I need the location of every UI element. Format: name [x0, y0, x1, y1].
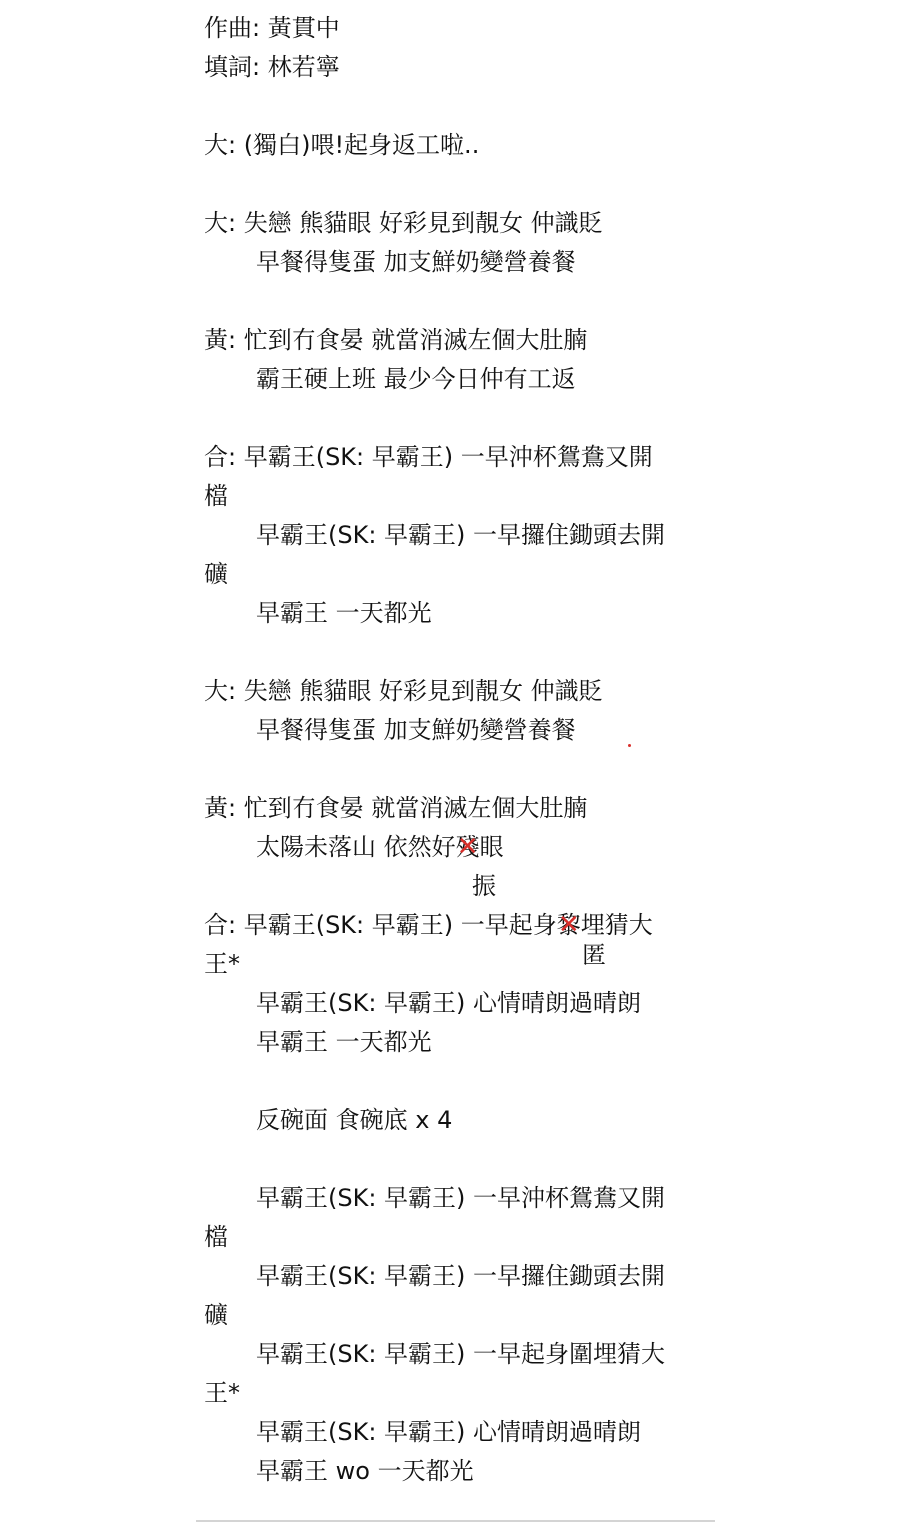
- verse4-line2-before: 太陽未落山 依然好: [256, 833, 456, 861]
- chorus1-line2: 早霸王(SK: 早霸王) 一早攞住鋤頭去開: [204, 516, 714, 555]
- chorus2-line2: 早霸王(SK: 早霸王) 心情晴朗過晴朗: [204, 984, 714, 1023]
- verse2-line2: 霸王硬上班 最少今日仲有工返: [204, 360, 714, 399]
- intro-monologue: 大: (獨白)喂!起身返工啦..: [204, 126, 714, 165]
- bridge-line: 反碗面 食碗底 x 4: [204, 1101, 714, 1140]
- correction-row: 振: [204, 867, 714, 906]
- struck-character: 殘✕: [456, 828, 480, 867]
- red-cross-icon: ✕: [557, 906, 581, 945]
- chorus3-line1: 早霸王(SK: 早霸王) 一早沖杯鴛鴦又開: [204, 1179, 714, 1218]
- handwritten-correction: 振: [472, 867, 496, 906]
- lyrics-document: 作曲: 黃貫中 填詞: 林若寧 大: (獨白)喂!起身返工啦.. 大: 失戀 熊…: [204, 9, 714, 1491]
- spacer: [204, 399, 714, 438]
- verse3-line2: 早餐得隻蛋 加支鮮奶變營養餐: [204, 711, 714, 750]
- chorus2-line1-after: 埋猜大: [581, 911, 653, 939]
- chorus1-line1: 合: 早霸王(SK: 早霸王) 一早沖杯鴛鴦又開: [204, 438, 714, 477]
- chorus3-line3-wrap: 王*: [204, 1374, 714, 1413]
- verse2-line1: 黃: 忙到冇食晏 就當消滅左個大肚腩: [204, 321, 714, 360]
- spacer: [204, 750, 714, 789]
- composer-credit: 作曲: 黃貫中: [204, 9, 714, 48]
- spacer: [204, 87, 714, 126]
- spacer: [204, 633, 714, 672]
- spacer: [204, 1062, 714, 1101]
- verse4-line2-after: 眼: [480, 833, 504, 861]
- spacer: [204, 282, 714, 321]
- red-dot-mark: [628, 744, 631, 747]
- verse3-line1: 大: 失戀 熊貓眼 好彩見到靚女 仲識貶: [204, 672, 714, 711]
- lyricist-credit: 填詞: 林若寧: [204, 48, 714, 87]
- chorus2-line1-before: 合: 早霸王(SK: 早霸王) 一早起身: [204, 911, 557, 939]
- spacer: [204, 1140, 714, 1179]
- chorus1-line3: 早霸王 一天都光: [204, 594, 714, 633]
- spacer: [204, 165, 714, 204]
- chorus3-line2-wrap: 礦: [204, 1296, 714, 1335]
- chorus3-line2: 早霸王(SK: 早霸王) 一早攞住鋤頭去開: [204, 1257, 714, 1296]
- chorus1-line2-wrap: 礦: [204, 555, 714, 594]
- chorus2-line1-wrap-row: 王* 匿: [204, 945, 714, 984]
- chorus2-line1-wrap: 王*: [204, 950, 240, 978]
- verse4-line2: 太陽未落山 依然好殘✕眼: [204, 828, 714, 867]
- struck-character: 黎✕: [557, 906, 581, 945]
- verse1-line2: 早餐得隻蛋 加支鮮奶變營養餐: [204, 243, 714, 282]
- bottom-divider: [196, 1520, 715, 1522]
- verse1-line1: 大: 失戀 熊貓眼 好彩見到靚女 仲識貶: [204, 204, 714, 243]
- handwritten-correction: 匿: [582, 936, 606, 975]
- chorus3-line4: 早霸王(SK: 早霸王) 心情晴朗過晴朗: [204, 1413, 714, 1452]
- red-cross-icon: ✕: [456, 828, 480, 867]
- chorus2-line1: 合: 早霸王(SK: 早霸王) 一早起身黎✕埋猜大: [204, 906, 714, 945]
- verse4-line1: 黃: 忙到冇食晏 就當消滅左個大肚腩: [204, 789, 714, 828]
- chorus3-line1-wrap: 檔: [204, 1218, 714, 1257]
- chorus3-line3: 早霸王(SK: 早霸王) 一早起身圍埋猜大: [204, 1335, 714, 1374]
- chorus1-line1-wrap: 檔: [204, 477, 714, 516]
- chorus3-line5: 早霸王 wo 一天都光: [204, 1452, 714, 1491]
- chorus2-line3: 早霸王 一天都光: [204, 1023, 714, 1062]
